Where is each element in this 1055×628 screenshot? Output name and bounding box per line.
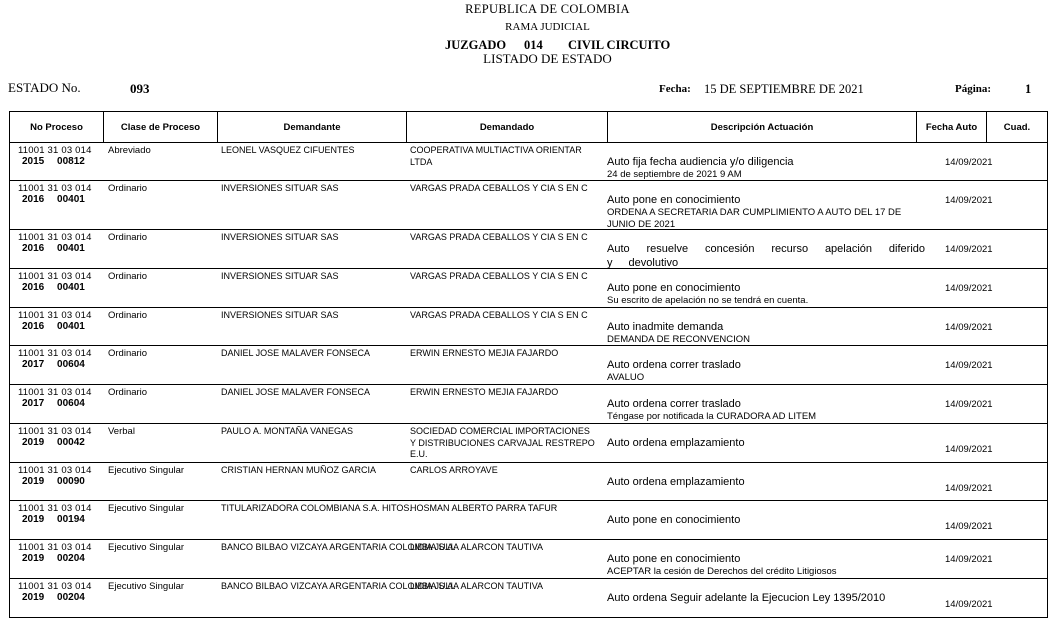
demandado: VARGAS PRADA CEBALLOS Y CIA S EN C xyxy=(410,271,595,283)
proceso-year-number: 2019 00194 xyxy=(22,514,85,526)
descripcion-actuacion: Auto ordena correr traslado AVALUO xyxy=(607,358,925,384)
proceso-code: 11001 31 03 014 xyxy=(18,232,92,244)
demandante: TITULARIZADORA COLOMBIANA S.A. HITOS. xyxy=(221,503,412,515)
pagina-value: 1 xyxy=(1025,82,1031,97)
fecha-auto: 14/09/2021 xyxy=(945,599,993,611)
proceso-code: 11001 31 03 014 xyxy=(18,581,92,593)
col-header-fecha-auto: Fecha Auto xyxy=(917,112,987,142)
proceso-code: 11001 31 03 014 xyxy=(18,145,92,157)
proceso-year-number: 2017 00604 xyxy=(22,398,85,410)
descripcion-actuacion: Auto ordena emplazamiento xyxy=(607,475,925,489)
demandante: INVERSIONES SITUAR SAS xyxy=(221,310,339,322)
demandante: DANIEL JOSE MALAVER FONSECA xyxy=(221,348,370,360)
clase-proceso: Ejecutivo Singular xyxy=(108,465,184,477)
descripcion-actuacion: Auto fija fecha audiencia y/o diligencia… xyxy=(607,155,925,181)
fecha-auto: 14/09/2021 xyxy=(945,521,993,533)
col-header-demandado: Demandado xyxy=(407,112,608,142)
clase-proceso: Ordinario xyxy=(108,232,147,244)
descripcion-main: Auto pone en conocimiento xyxy=(607,193,925,207)
col-header-clase: Clase de Proceso xyxy=(104,112,218,142)
estado-label: ESTADO No. xyxy=(8,80,81,96)
descripcion-detail: ACEPTAR la cesión de Derechos del crédit… xyxy=(607,566,925,578)
demandante: PAULO A. MONTAÑA VANEGAS xyxy=(221,426,353,438)
table-row: 11001 31 03 014 2019 00194 Ejecutivo Sin… xyxy=(10,501,1047,540)
table-row: 11001 31 03 014 2016 00401 Ordinario INV… xyxy=(10,308,1047,346)
demandado: ERWIN ERNESTO MEJIA FAJARDO xyxy=(410,387,595,399)
page-title: LISTADO DE ESTADO xyxy=(0,51,1055,67)
proceso-year-number: 2016 00401 xyxy=(22,243,85,255)
table-row: 11001 31 03 014 2016 00401 Ordinario INV… xyxy=(10,269,1047,308)
fecha-auto: 14/09/2021 xyxy=(945,554,993,566)
proceso-year-number: 2015 00812 xyxy=(22,156,85,168)
proceso-code: 11001 31 03 014 xyxy=(18,183,92,195)
col-header-no-proceso: No Proceso xyxy=(10,112,104,142)
proceso-code: 11001 31 03 014 xyxy=(18,348,92,360)
descripcion-detail: Téngase por notificada la CURADORA AD LI… xyxy=(607,411,925,423)
clase-proceso: Ordinario xyxy=(108,387,147,399)
demandante: INVERSIONES SITUAR SAS xyxy=(221,232,339,244)
fecha-auto: 14/09/2021 xyxy=(945,283,993,295)
descripcion-main: Auto pone en conocimiento xyxy=(607,513,925,527)
demandante: LEONEL VASQUEZ CIFUENTES xyxy=(221,145,355,157)
table-row: 11001 31 03 014 2019 00042 Verbal PAULO … xyxy=(10,424,1047,463)
proceso-year-number: 2019 00042 xyxy=(22,437,85,449)
fecha-auto: 14/09/2021 xyxy=(945,444,993,456)
table-row: 11001 31 03 014 2019 00204 Ejecutivo Sin… xyxy=(10,579,1047,617)
fecha-auto: 14/09/2021 xyxy=(945,483,993,495)
descripcion-actuacion: Auto ordena correr traslado Téngase por … xyxy=(607,397,925,423)
col-header-descripcion: Descripción Actuación xyxy=(608,112,917,142)
descripcion-detail: ORDENA A SECRETARIA DAR CUMPLIMIENTO A A… xyxy=(607,207,925,231)
proceso-code: 11001 31 03 014 xyxy=(18,503,92,515)
clase-proceso: Ordinario xyxy=(108,183,147,195)
descripcion-main: Auto fija fecha audiencia y/o diligencia xyxy=(607,155,925,169)
fecha-auto: 14/09/2021 xyxy=(945,244,993,256)
proceso-year-number: 2016 00401 xyxy=(22,282,85,294)
header-rama-judicial: RAMA JUDICIAL xyxy=(0,21,1055,33)
table-row: 11001 31 03 014 2017 00604 Ordinario DAN… xyxy=(10,385,1047,424)
descripcion-actuacion: Auto pone en conocimiento xyxy=(607,513,925,527)
demandante: CRISTIAN HERNAN MUÑOZ GARCIA xyxy=(221,465,376,477)
table-body: 11001 31 03 014 2015 00812 Abreviado LEO… xyxy=(10,143,1047,617)
proceso-code: 11001 31 03 014 xyxy=(18,271,92,283)
demandado: CARLOS ARROYAVE xyxy=(410,465,595,477)
clase-proceso: Ordinario xyxy=(108,271,147,283)
estado-number: 093 xyxy=(130,81,150,97)
demandado: VARGAS PRADA CEBALLOS Y CIA S EN C xyxy=(410,310,595,322)
table-header: No Proceso Clase de Proceso Demandante D… xyxy=(10,112,1047,143)
pagina-label: Página: xyxy=(955,83,991,95)
fecha-auto: 14/09/2021 xyxy=(945,399,993,411)
descripcion-actuacion: Auto ordena Seguir adelante la Ejecucion… xyxy=(607,591,925,605)
descripcion-actuacion: Auto pone en conocimiento ORDENA A SECRE… xyxy=(607,193,925,231)
descripcion-actuacion: Auto resuelve concesión recurso apelació… xyxy=(607,242,925,270)
proceso-year-number: 2016 00401 xyxy=(22,321,85,333)
demandado: SOCIEDAD COMERCIAL IMPORTACIONES Y DISTR… xyxy=(410,426,595,461)
proceso-year-number: 2019 00204 xyxy=(22,553,85,565)
descripcion-main: Auto ordena Seguir adelante la Ejecucion… xyxy=(607,591,925,605)
clase-proceso: Ejecutivo Singular xyxy=(108,581,184,593)
clase-proceso: Ejecutivo Singular xyxy=(108,503,184,515)
descripcion-main: Auto inadmite demanda xyxy=(607,320,925,334)
clase-proceso: Abreviado xyxy=(108,145,151,157)
descripcion-main: Auto pone en conocimiento xyxy=(607,281,925,295)
fecha-auto: 14/09/2021 xyxy=(945,322,993,334)
table-row: 11001 31 03 014 2019 00204 Ejecutivo Sin… xyxy=(10,540,1047,579)
proceso-year-number: 2019 00204 xyxy=(22,592,85,604)
descripcion-main: Auto resuelve concesión recurso apelació… xyxy=(607,242,925,270)
proceso-code: 11001 31 03 014 xyxy=(18,542,92,554)
descripcion-main: Auto ordena emplazamiento xyxy=(607,475,925,489)
table-row: 11001 31 03 014 2016 00401 Ordinario INV… xyxy=(10,230,1047,269)
descripcion-detail: Su escrito de apelación no se tendrá en … xyxy=(607,295,925,307)
demandado: VARGAS PRADA CEBALLOS Y CIA S EN C xyxy=(410,183,595,195)
fecha-auto: 14/09/2021 xyxy=(945,360,993,372)
demandado: LIDIA JULIA ALARCON TAUTIVA xyxy=(410,581,595,593)
descripcion-main: Auto ordena correr traslado xyxy=(607,397,925,411)
descripcion-main: Auto ordena correr traslado xyxy=(607,358,925,372)
clase-proceso: Ejecutivo Singular xyxy=(108,542,184,554)
demandado: LIDIA JULIA ALARCON TAUTIVA xyxy=(410,542,595,554)
descripcion-actuacion: Auto pone en conocimiento ACEPTAR la ces… xyxy=(607,552,925,578)
header-republica: REPUBLICA DE COLOMBIA xyxy=(0,2,1055,17)
table-row: 11001 31 03 014 2019 00090 Ejecutivo Sin… xyxy=(10,463,1047,501)
fecha-auto: 14/09/2021 xyxy=(945,195,993,207)
fecha-auto: 14/09/2021 xyxy=(945,157,993,169)
descripcion-detail: 24 de septiembre de 2021 9 AM xyxy=(607,169,925,181)
proceso-code: 11001 31 03 014 xyxy=(18,310,92,322)
proceso-code: 11001 31 03 014 xyxy=(18,465,92,477)
descripcion-actuacion: Auto ordena emplazamiento xyxy=(607,436,925,450)
descripcion-actuacion: Auto inadmite demanda DEMANDA DE RECONVE… xyxy=(607,320,925,346)
fecha-value: 15 DE SEPTIEMBRE DE 2021 xyxy=(704,82,864,97)
proceso-year-number: 2019 00090 xyxy=(22,476,85,488)
descripcion-main: Auto pone en conocimiento xyxy=(607,552,925,566)
demandado: ERWIN ERNESTO MEJIA FAJARDO xyxy=(410,348,595,360)
demandante: INVERSIONES SITUAR SAS xyxy=(221,271,339,283)
demandante: DANIEL JOSE MALAVER FONSECA xyxy=(221,387,370,399)
estado-table: No Proceso Clase de Proceso Demandante D… xyxy=(9,111,1048,618)
table-row: 11001 31 03 014 2017 00604 Ordinario DAN… xyxy=(10,346,1047,385)
demandante: INVERSIONES SITUAR SAS xyxy=(221,183,339,195)
demandado: HOSMAN ALBERTO PARRA TAFUR xyxy=(410,503,595,515)
proceso-code: 11001 31 03 014 xyxy=(18,387,92,399)
clase-proceso: Verbal xyxy=(108,426,135,438)
demandado: VARGAS PRADA CEBALLOS Y CIA S EN C xyxy=(410,232,595,244)
proceso-year-number: 2017 00604 xyxy=(22,359,85,371)
table-row: 11001 31 03 014 2015 00812 Abreviado LEO… xyxy=(10,143,1047,181)
col-header-demandante: Demandante xyxy=(218,112,407,142)
fecha-label: Fecha: xyxy=(659,83,691,95)
descripcion-actuacion: Auto pone en conocimiento Su escrito de … xyxy=(607,281,925,307)
clase-proceso: Ordinario xyxy=(108,310,147,322)
clase-proceso: Ordinario xyxy=(108,348,147,360)
proceso-code: 11001 31 03 014 xyxy=(18,426,92,438)
descripcion-detail: DEMANDA DE RECONVENCION xyxy=(607,334,925,346)
descripcion-detail: AVALUO xyxy=(607,372,925,384)
descripcion-main: Auto ordena emplazamiento xyxy=(607,436,925,450)
demandado: COOPERATIVA MULTIACTIVA ORIENTAR LTDA xyxy=(410,145,595,168)
col-header-cuad: Cuad. xyxy=(987,112,1047,142)
table-row: 11001 31 03 014 2016 00401 Ordinario INV… xyxy=(10,181,1047,230)
proceso-year-number: 2016 00401 xyxy=(22,194,85,206)
